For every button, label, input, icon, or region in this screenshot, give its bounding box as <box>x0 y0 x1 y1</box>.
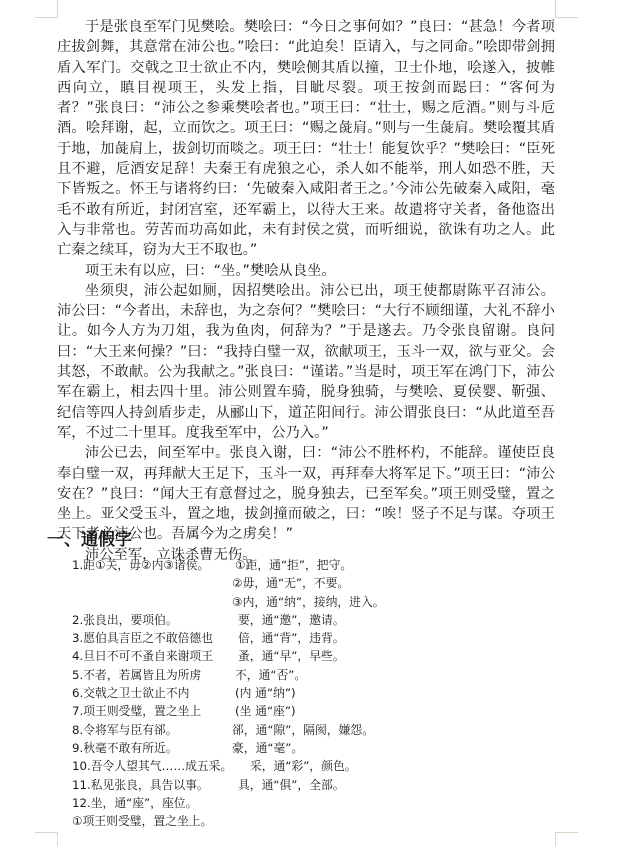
vocab-row: ②毋，通“无”，不要。 <box>72 574 532 592</box>
vocab-note: ②毋，通“无”，不要。 <box>232 574 349 592</box>
vocab-note: ①距，通“拒”，把守。 <box>235 556 352 574</box>
crop-mark-bottom-left <box>35 832 58 846</box>
vocab-sentence: ①项王则受璧，置之坐上。 <box>72 812 212 830</box>
vocab-sentence: 1.距①关，毋②内③诸侯。 <box>72 556 209 574</box>
vocab-sentence: 7.项王则受璧，置之坐上 <box>72 702 201 720</box>
vocab-note: 不，通“否”。 <box>235 666 306 684</box>
vocab-note: 郤，通“隙”，隔阂，嫌怨。 <box>232 721 374 739</box>
section-heading: 一、通假字 <box>47 525 132 550</box>
vocab-sentence: 10.吾令人望其气……成五采。 <box>72 757 232 775</box>
vocab-note: 采，通“彩”，颜色。 <box>250 757 357 775</box>
vocab-note: ③内，通“纳”，接纳，进入。 <box>232 593 385 611</box>
vocab-note: 倍，通“背”，违背。 <box>238 629 345 647</box>
vocab-row: 8.令将军与臣有郤。郤，通“隙”，隔阂，嫌怨。 <box>72 721 532 739</box>
crop-mark-top-left <box>35 0 58 18</box>
vocab-sentence: 11.私见张良，具告以事。 <box>72 776 209 794</box>
vocab-row: 10.吾令人望其气……成五采。采，通“彩”，颜色。 <box>72 757 532 775</box>
vocab-sentence: 5.不者，若属皆且为所虏 <box>72 666 201 684</box>
vocab-note: 具，通“俱”，全部。 <box>238 776 345 794</box>
vocab-row: 9.秋毫不敢有所近。豪，通“毫”。 <box>72 739 532 757</box>
document-body: 于是张良至军门见樊哙。樊哙曰：“今日之事何如？”良曰：“甚急！今者项庄拔剑舞，其… <box>57 17 555 565</box>
vocab-sentence: 6.交戟之卫士欲止不内 <box>72 684 189 702</box>
vocab-sentence: 9.秋毫不敢有所近。 <box>72 739 178 757</box>
paragraph: 坐须臾，沛公起如厕，因招樊哙出。沛公已出，项王使都尉陈平召沛公。沛公曰：“今者出… <box>57 281 555 443</box>
vocab-list: 1.距①关，毋②内③诸侯。①距，通“拒”，把守。②毋，通“无”，不要。③内，通“… <box>72 556 532 830</box>
vocab-row: 1.距①关，毋②内③诸侯。①距，通“拒”，把守。 <box>72 556 532 574</box>
vocab-sentence: 8.令将军与臣有郤。 <box>72 721 178 739</box>
vocab-row: ①项王则受璧，置之坐上。 <box>72 812 532 830</box>
vocab-sentence: 4.旦日不可不蚤自来谢项王 <box>72 647 213 665</box>
crop-mark-top-right <box>555 0 578 18</box>
vocab-row: 11.私见张良，具告以事。具，通“俱”，全部。 <box>72 776 532 794</box>
vocab-row: 3.愿伯具言臣之不敢倍德也倍，通“背”，违背。 <box>72 629 532 647</box>
crop-mark-bottom-right <box>555 832 578 846</box>
vocab-row: 4.旦日不可不蚤自来谢项王蚤，通“早”，早些。 <box>72 647 532 665</box>
vocab-sentence: 2.张良出，要项伯。 <box>72 611 178 629</box>
vocab-row: 7.项王则受璧，置之坐上(坐 通“座”) <box>72 702 532 720</box>
vocab-note: 要，通“邀”，邀请。 <box>238 611 345 629</box>
vocab-note: (内 通“纳”) <box>235 684 296 702</box>
vocab-row: 12.坐，通“座”，座位。 <box>72 794 532 812</box>
vocab-row: 6.交戟之卫士欲止不内(内 通“纳”) <box>72 684 532 702</box>
paragraph: 项王未有以应，曰：“坐。”樊哙从良坐。 <box>57 261 555 281</box>
vocab-sentence: 12.坐，通“座”，座位。 <box>72 794 197 812</box>
vocab-row: ③内，通“纳”，接纳，进入。 <box>72 593 532 611</box>
vocab-row: 5.不者，若属皆且为所虏不，通“否”。 <box>72 666 532 684</box>
vocab-sentence: 3.愿伯具言臣之不敢倍德也 <box>72 629 213 647</box>
vocab-note: 蚤，通“早”，早些。 <box>238 647 345 665</box>
vocab-note: 豪，通“毫”。 <box>232 739 303 757</box>
paragraph: 于是张良至军门见樊哙。樊哙曰：“今日之事何如？”良曰：“甚急！今者项庄拔剑舞，其… <box>57 17 555 261</box>
vocab-note: (坐 通“座”) <box>235 702 296 720</box>
vocab-row: 2.张良出，要项伯。要，通“邀”，邀请。 <box>72 611 532 629</box>
